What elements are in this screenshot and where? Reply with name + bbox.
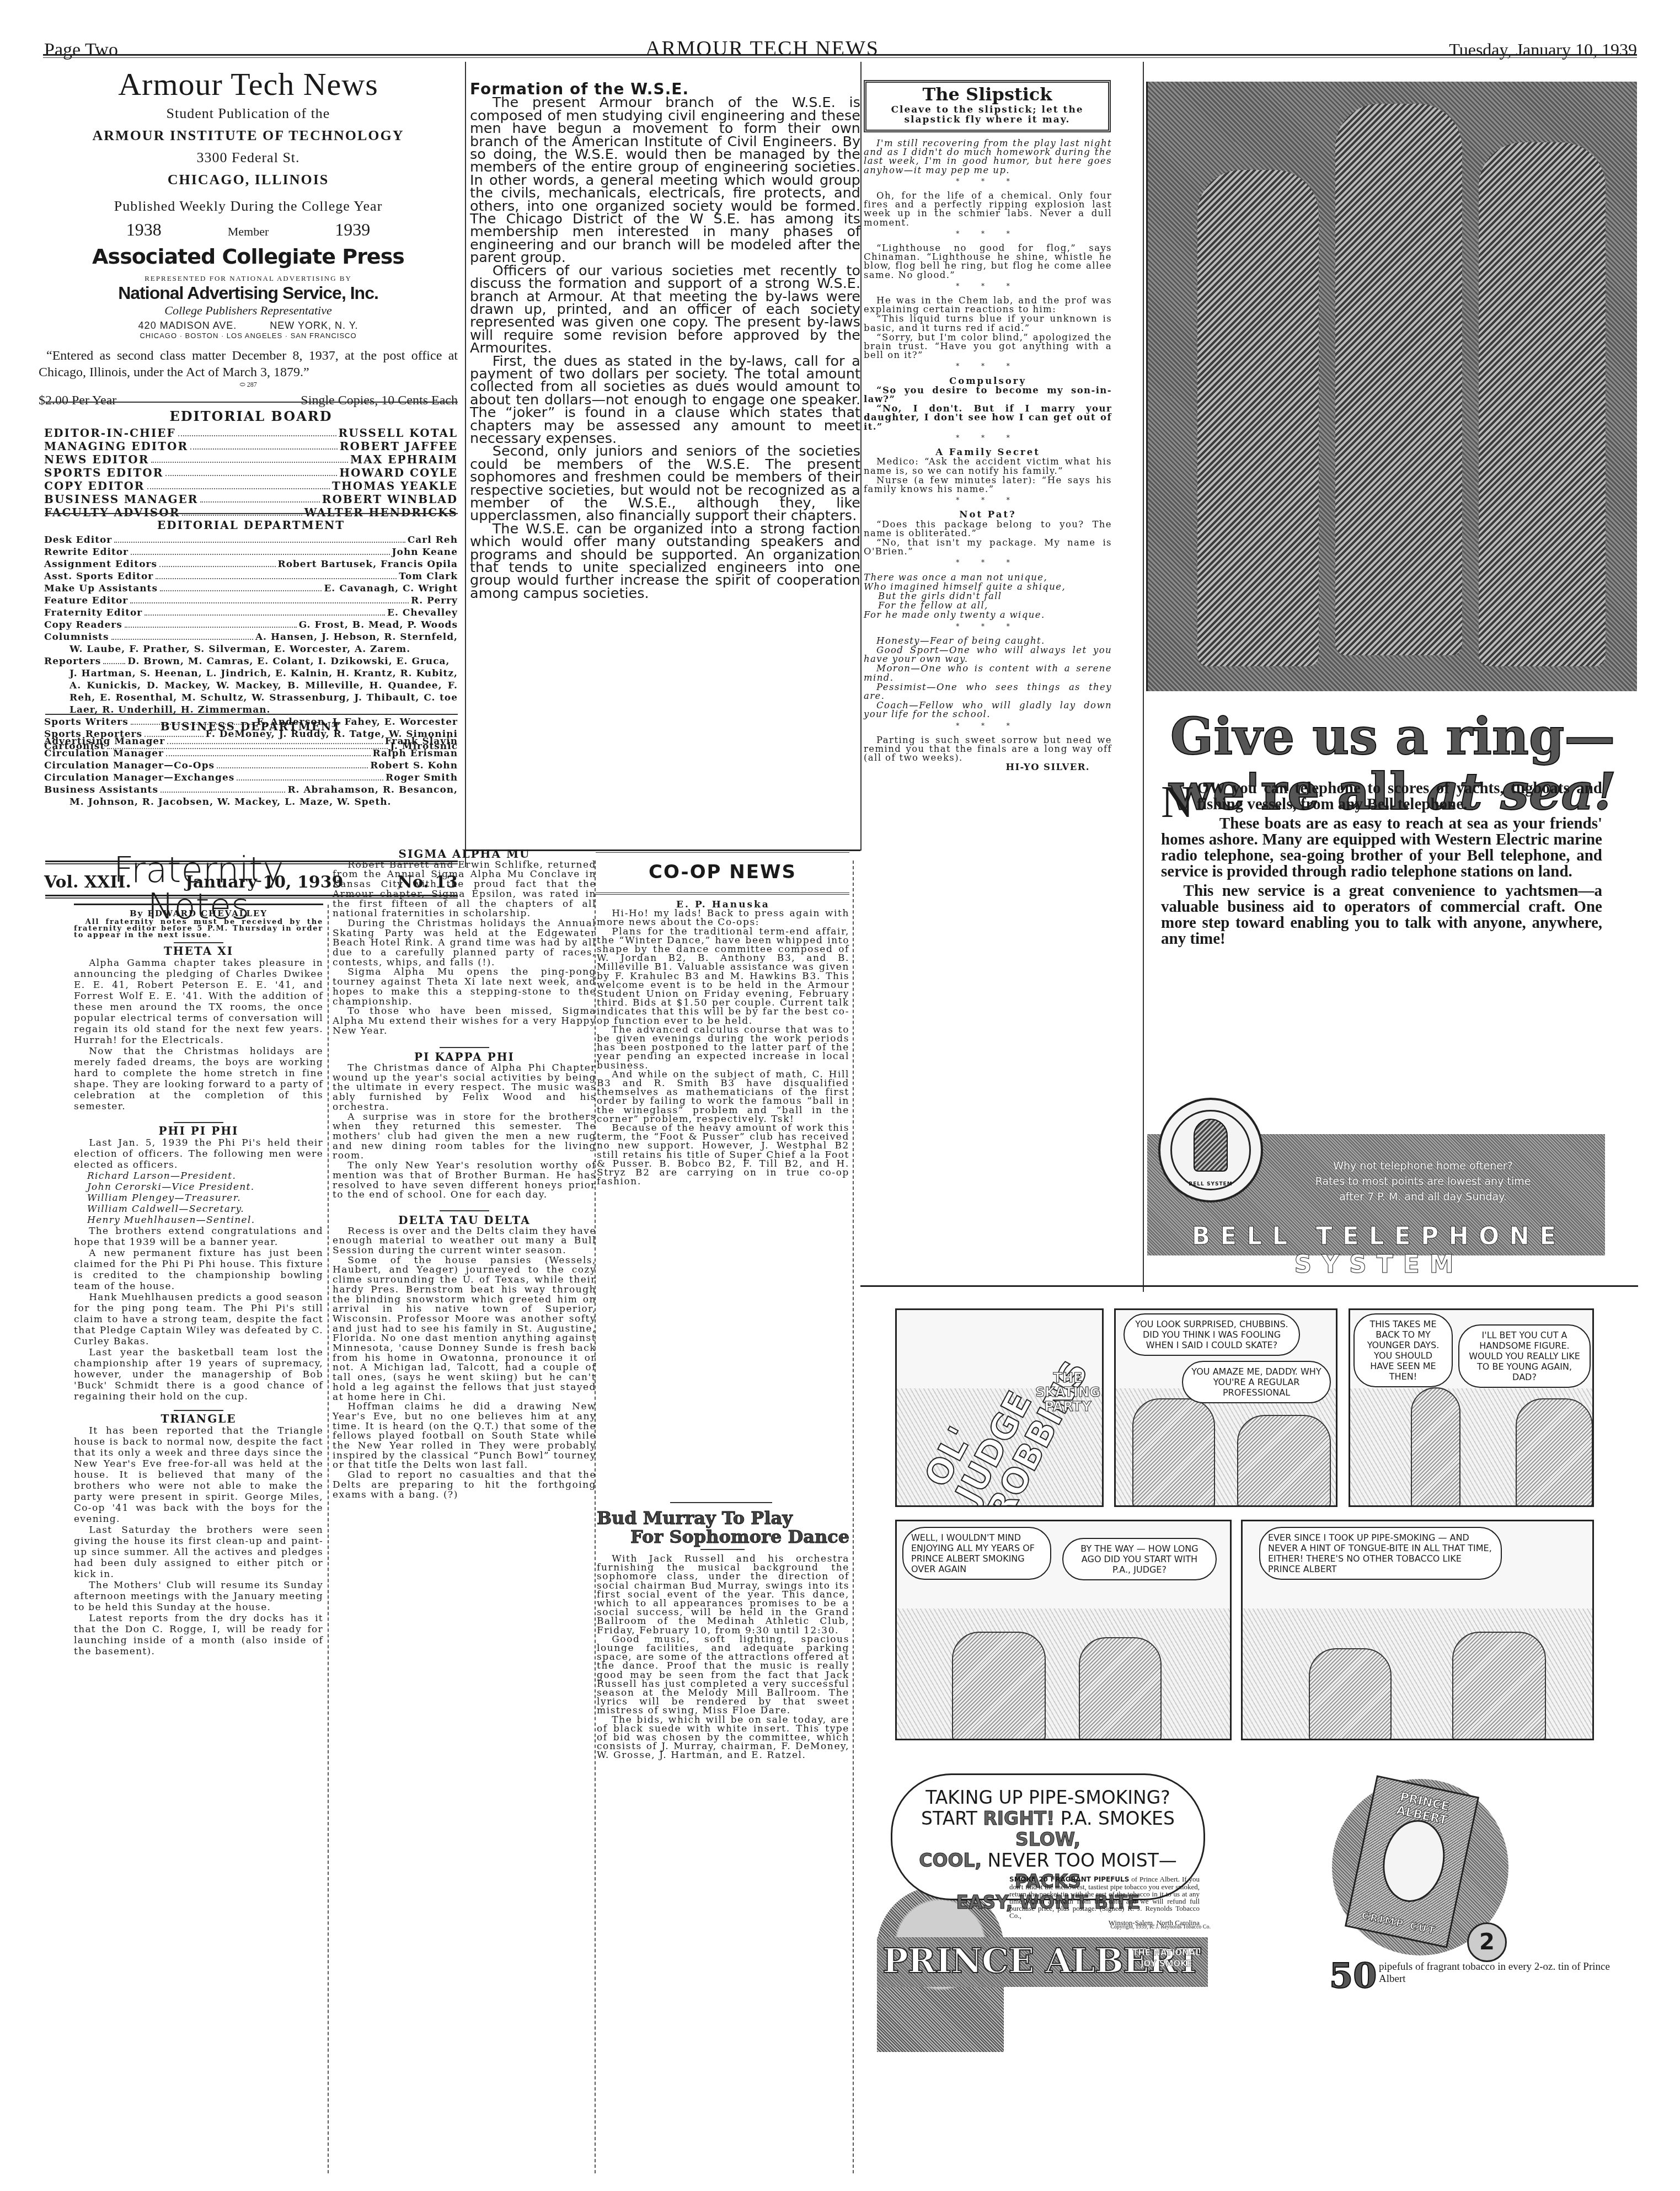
bell-system-seal-icon: BELL SYSTEM (1158, 1098, 1263, 1203)
judge-figure (952, 1632, 1046, 1740)
column-divider (328, 905, 329, 2173)
judge-figure (1411, 1387, 1460, 1507)
column-divider (465, 62, 466, 867)
comic-panel-3: This takes me back to my younger days. Y… (1349, 1308, 1594, 1507)
two-ounce-badge: 2 (1467, 1922, 1507, 1962)
speech-balloon: You amaze me, Daddy. Why you're a regula… (1182, 1361, 1331, 1403)
comic-panel-4: Well, I wouldn't mind enjoying all my ye… (895, 1520, 1232, 1740)
speech-balloon: This takes me back to my younger days. Y… (1353, 1313, 1453, 1387)
slipstick-signature: HI-YO SILVER. (864, 763, 1112, 772)
column-divider (860, 62, 862, 851)
speech-balloon: Well, I wouldn't mind enjoying all my ye… (902, 1527, 1051, 1580)
ad-photo-sailors (1146, 82, 1637, 691)
sailor-figure (1197, 170, 1319, 666)
comic-strip-ol-judge-robbins: OL' JUDGE ROBBINS THE SKATING PARTY You … (869, 1302, 1649, 1743)
speech-balloon: You look surprised, Chubbins. Did you th… (1123, 1313, 1300, 1356)
bell-ad-body: NOW you can telephone to scores of yacht… (1161, 781, 1602, 950)
bell-ad-note: Why not telephone home oftener? Rates to… (1269, 1158, 1577, 1205)
speech-balloon: Ever since I took up pipe-smoking — and … (1259, 1527, 1502, 1580)
pa-offer-text: SMOKE 20 FRAGRANT PIPEFULS of Prince Alb… (1009, 1875, 1200, 1926)
masthead: Armour Tech News Student Publication of … (39, 63, 458, 408)
comic-panel-2: You look surprised, Chubbins. Did you th… (1114, 1308, 1337, 1507)
coop-news-banner: CO-OP NEWS (596, 851, 849, 895)
man-figure (1079, 1637, 1162, 1740)
daughter-figure (1516, 1398, 1593, 1507)
wse-article: Formation of the W.S.E. The present Armo… (470, 83, 860, 600)
column-divider (1143, 62, 1144, 1292)
comic-panel-5: Ever since I took up pipe-smoking — and … (1241, 1520, 1594, 1740)
institute-name: ARMOUR INSTITUTE OF TECHNOLOGY (39, 125, 458, 147)
pa-copyright: Copyright, 1939, R. J. Reynolds Tobacco … (998, 1924, 1211, 1930)
judge-figure (1132, 1398, 1215, 1507)
column-divider (853, 861, 854, 2173)
fraternity-column: By EDWARD CHEVALLEY All fraternity notes… (74, 908, 323, 1657)
header-rule (43, 54, 1637, 58)
coop-news-column: E. P. Hanuska Hi-Ho! my lads! Back to pr… (597, 900, 849, 1187)
union-label-icon: ⬭ 287 (39, 381, 458, 389)
bell-system-logo: BELL TELEPHONE SYSTEM (1158, 1222, 1599, 1279)
speech-balloon: I'll bet you cut a handsome figure. Woul… (1458, 1324, 1591, 1388)
business-department: BUSINESS DEPARTMENT Advertising ManagerF… (44, 720, 458, 808)
fraternity-column-2: SIGMA ALPHA MU Robert Barrett and Erwin … (333, 849, 596, 1500)
bell-icon (1194, 1119, 1228, 1172)
section-rule (860, 1285, 1638, 1287)
judge-figure (1309, 1648, 1392, 1740)
pa-tagline: THE NATIONAL JOY SMOKE (1125, 1947, 1208, 1969)
slipstick-column: I'm still recovering from the play last … (864, 139, 1112, 773)
fifty-number: 50 (1329, 1955, 1377, 1996)
article-headline: Formation of the W.S.E. (470, 83, 860, 95)
masthead-title: Armour Tech News (39, 66, 458, 103)
prince-albert-portrait-icon (1376, 1814, 1452, 1908)
editorial-board: EDITORIAL BOARD EDITOR-IN-CHIEFRUSSELL K… (44, 408, 458, 519)
bud-murray-headline: Bud Murray To Play For Sophomore Dance (597, 1509, 849, 1546)
comic-panel-title: OL' JUDGE ROBBINS THE SKATING PARTY (895, 1308, 1104, 1507)
sailor-figure (1479, 142, 1606, 666)
slipstick-banner: The Slipstick Cleave to the slipstick; l… (864, 80, 1111, 132)
acp-logo: Associated Collegiate Press (39, 244, 458, 269)
daughter-figure (1237, 1415, 1331, 1507)
editorial-department: EDITORIAL DEPARTMENT Desk EditorCarl Reh… (44, 519, 458, 752)
man-figure (1452, 1632, 1546, 1740)
speech-balloon: By the way — how long ago did you start … (1062, 1538, 1217, 1580)
bud-murray-article: With Jack Russell and his orchestra furn… (597, 1554, 849, 1760)
sailor-figure (1335, 104, 1462, 655)
fifty-pipefuls-text: pipefuls of fragrant tobacco in every 2-… (1379, 1961, 1622, 1985)
